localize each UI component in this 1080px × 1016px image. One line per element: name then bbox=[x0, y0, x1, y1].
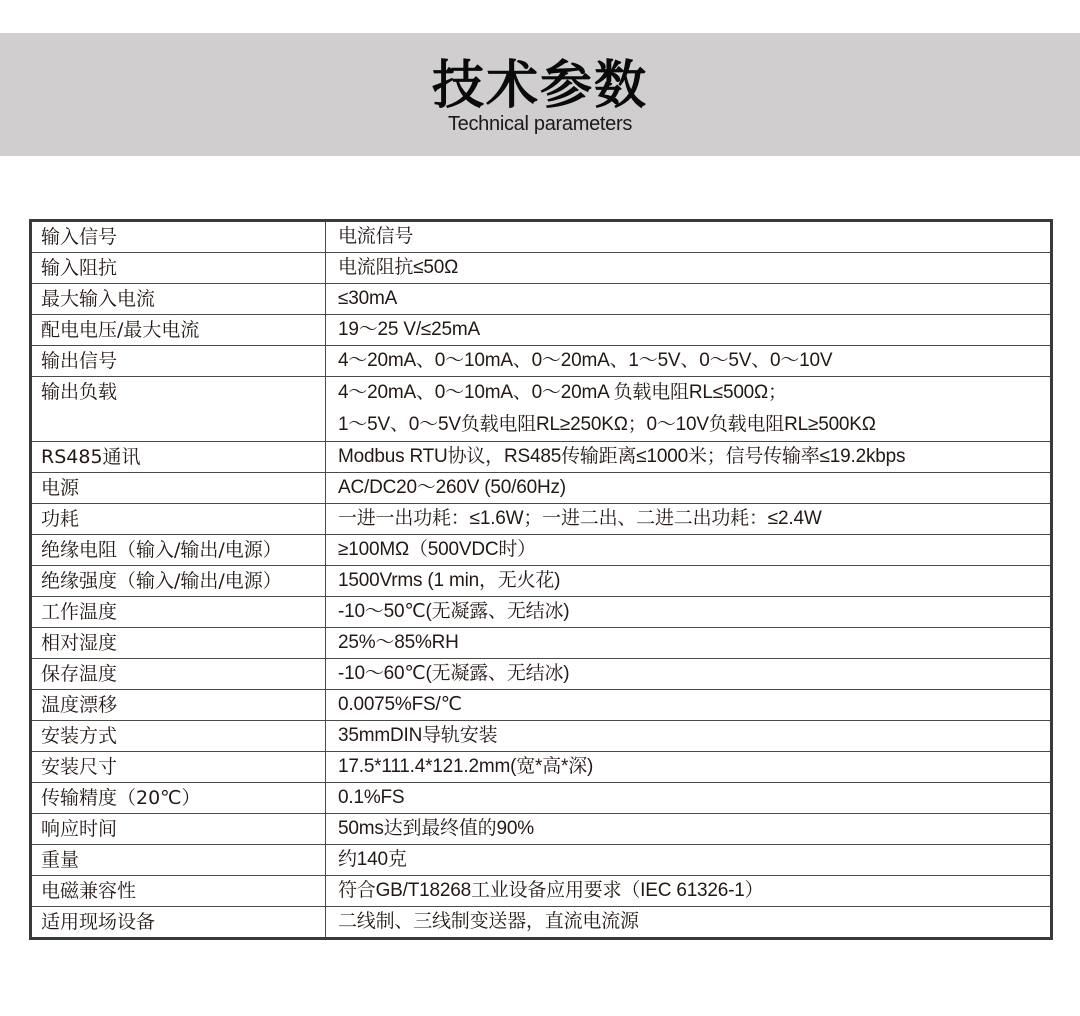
param-label: 安装尺寸 bbox=[31, 752, 326, 783]
param-value: 电流信号 bbox=[326, 221, 1052, 253]
param-value: AC/DC20～260V (50/60Hz) bbox=[326, 473, 1052, 504]
table-row: 适用现场设备二线制、三线制变送器，直流电流源 bbox=[31, 907, 1052, 939]
param-value: Modbus RTU协议，RS485传输距离≤1000米；信号传输率≤19.2k… bbox=[326, 442, 1052, 473]
param-value: 二线制、三线制变送器，直流电流源 bbox=[326, 907, 1052, 939]
param-value-line: 4～20mA、0～10mA、0～20mA 负载电阻RL≤500Ω； bbox=[338, 377, 1050, 409]
param-label: 最大输入电流 bbox=[31, 284, 326, 315]
param-label: 功耗 bbox=[31, 504, 326, 535]
param-value: 电流阻抗≤50Ω bbox=[326, 253, 1052, 284]
table-row: 保存温度-10～60℃(无凝露、无结冰) bbox=[31, 659, 1052, 690]
param-label: 绝缘电阻（输入/输出/电源） bbox=[31, 535, 326, 566]
param-value: -10～60℃(无凝露、无结冰) bbox=[326, 659, 1052, 690]
table-row: 温度漂移0.0075%FS/℃ bbox=[31, 690, 1052, 721]
table-row: 电磁兼容性符合GB/T18268工业设备应用要求（IEC 61326-1） bbox=[31, 876, 1052, 907]
table-row: 响应时间50ms达到最终值的90% bbox=[31, 814, 1052, 845]
table-row: 最大输入电流≤30mA bbox=[31, 284, 1052, 315]
table-row: 输入阻抗电流阻抗≤50Ω bbox=[31, 253, 1052, 284]
param-value: 0.1%FS bbox=[326, 783, 1052, 814]
param-value: 35mmDIN导轨安装 bbox=[326, 721, 1052, 752]
param-label: 输出信号 bbox=[31, 346, 326, 377]
param-label: 工作温度 bbox=[31, 597, 326, 628]
param-value: 17.5*111.4*121.2mm(宽*高*深) bbox=[326, 752, 1052, 783]
table-row: RS485通讯Modbus RTU协议，RS485传输距离≤1000米；信号传输… bbox=[31, 442, 1052, 473]
table-row: 传输精度（20℃）0.1%FS bbox=[31, 783, 1052, 814]
param-value: 一进一出功耗：≤1.6W；一进二出、二进二出功耗：≤2.4W bbox=[326, 504, 1052, 535]
param-label: 保存温度 bbox=[31, 659, 326, 690]
table-row: 输出信号4～20mA、0～10mA、0～20mA、1～5V、0～5V、0～10V bbox=[31, 346, 1052, 377]
table-row: 电源AC/DC20～260V (50/60Hz) bbox=[31, 473, 1052, 504]
param-value: 约140克 bbox=[326, 845, 1052, 876]
param-label: 安装方式 bbox=[31, 721, 326, 752]
spec-table: 输入信号电流信号 输入阻抗电流阻抗≤50Ω 最大输入电流≤30mA 配电电压/最… bbox=[29, 219, 1053, 940]
param-value: 4～20mA、0～10mA、0～20mA、1～5V、0～5V、0～10V bbox=[326, 346, 1052, 377]
param-value: 4～20mA、0～10mA、0～20mA 负载电阻RL≤500Ω； 1～5V、0… bbox=[326, 377, 1052, 442]
table-row: 安装尺寸17.5*111.4*121.2mm(宽*高*深) bbox=[31, 752, 1052, 783]
param-value: ≤30mA bbox=[326, 284, 1052, 315]
param-value: 50ms达到最终值的90% bbox=[326, 814, 1052, 845]
param-value: ≥100MΩ（500VDC时） bbox=[326, 535, 1052, 566]
table-row: 工作温度-10～50℃(无凝露、无结冰) bbox=[31, 597, 1052, 628]
table-row: 输出负载 4～20mA、0～10mA、0～20mA 负载电阻RL≤500Ω； 1… bbox=[31, 377, 1052, 442]
table-row: 功耗一进一出功耗：≤1.6W；一进二出、二进二出功耗：≤2.4W bbox=[31, 504, 1052, 535]
param-label: 绝缘强度（输入/输出/电源） bbox=[31, 566, 326, 597]
page-subtitle: Technical parameters bbox=[0, 111, 1080, 137]
table-row: 绝缘电阻（输入/输出/电源）≥100MΩ（500VDC时） bbox=[31, 535, 1052, 566]
param-label: 电磁兼容性 bbox=[31, 876, 326, 907]
table-row: 安装方式35mmDIN导轨安装 bbox=[31, 721, 1052, 752]
param-label: 适用现场设备 bbox=[31, 907, 326, 939]
param-label: 重量 bbox=[31, 845, 326, 876]
table-row: 输入信号电流信号 bbox=[31, 221, 1052, 253]
spec-table-body: 输入信号电流信号 输入阻抗电流阻抗≤50Ω 最大输入电流≤30mA 配电电压/最… bbox=[31, 221, 1052, 939]
param-value: 25%～85%RH bbox=[326, 628, 1052, 659]
page-title: 技术参数 bbox=[0, 56, 1080, 116]
table-row: 重量约140克 bbox=[31, 845, 1052, 876]
param-value-line: 1～5V、0～5V负载电阻RL≥250KΩ；0～10V负载电阻RL≥500KΩ bbox=[338, 409, 1050, 441]
param-label: 传输精度（20℃） bbox=[31, 783, 326, 814]
param-value: -10～50℃(无凝露、无结冰) bbox=[326, 597, 1052, 628]
table-row: 绝缘强度（输入/输出/电源）1500Vrms (1 min，无火花) bbox=[31, 566, 1052, 597]
table-row: 相对湿度25%～85%RH bbox=[31, 628, 1052, 659]
param-value: 0.0075%FS/℃ bbox=[326, 690, 1052, 721]
param-label: 电源 bbox=[31, 473, 326, 504]
table-row: 配电电压/最大电流19～25 V/≤25mA bbox=[31, 315, 1052, 346]
param-value: 符合GB/T18268工业设备应用要求（IEC 61326-1） bbox=[326, 876, 1052, 907]
param-label: 输入阻抗 bbox=[31, 253, 326, 284]
param-label: RS485通讯 bbox=[31, 442, 326, 473]
param-label: 输入信号 bbox=[31, 221, 326, 253]
param-label: 温度漂移 bbox=[31, 690, 326, 721]
param-label: 配电电压/最大电流 bbox=[31, 315, 326, 346]
param-label: 响应时间 bbox=[31, 814, 326, 845]
param-label: 输出负载 bbox=[31, 377, 326, 442]
param-value: 19～25 V/≤25mA bbox=[326, 315, 1052, 346]
param-value: 1500Vrms (1 min，无火花) bbox=[326, 566, 1052, 597]
param-label: 相对湿度 bbox=[31, 628, 326, 659]
